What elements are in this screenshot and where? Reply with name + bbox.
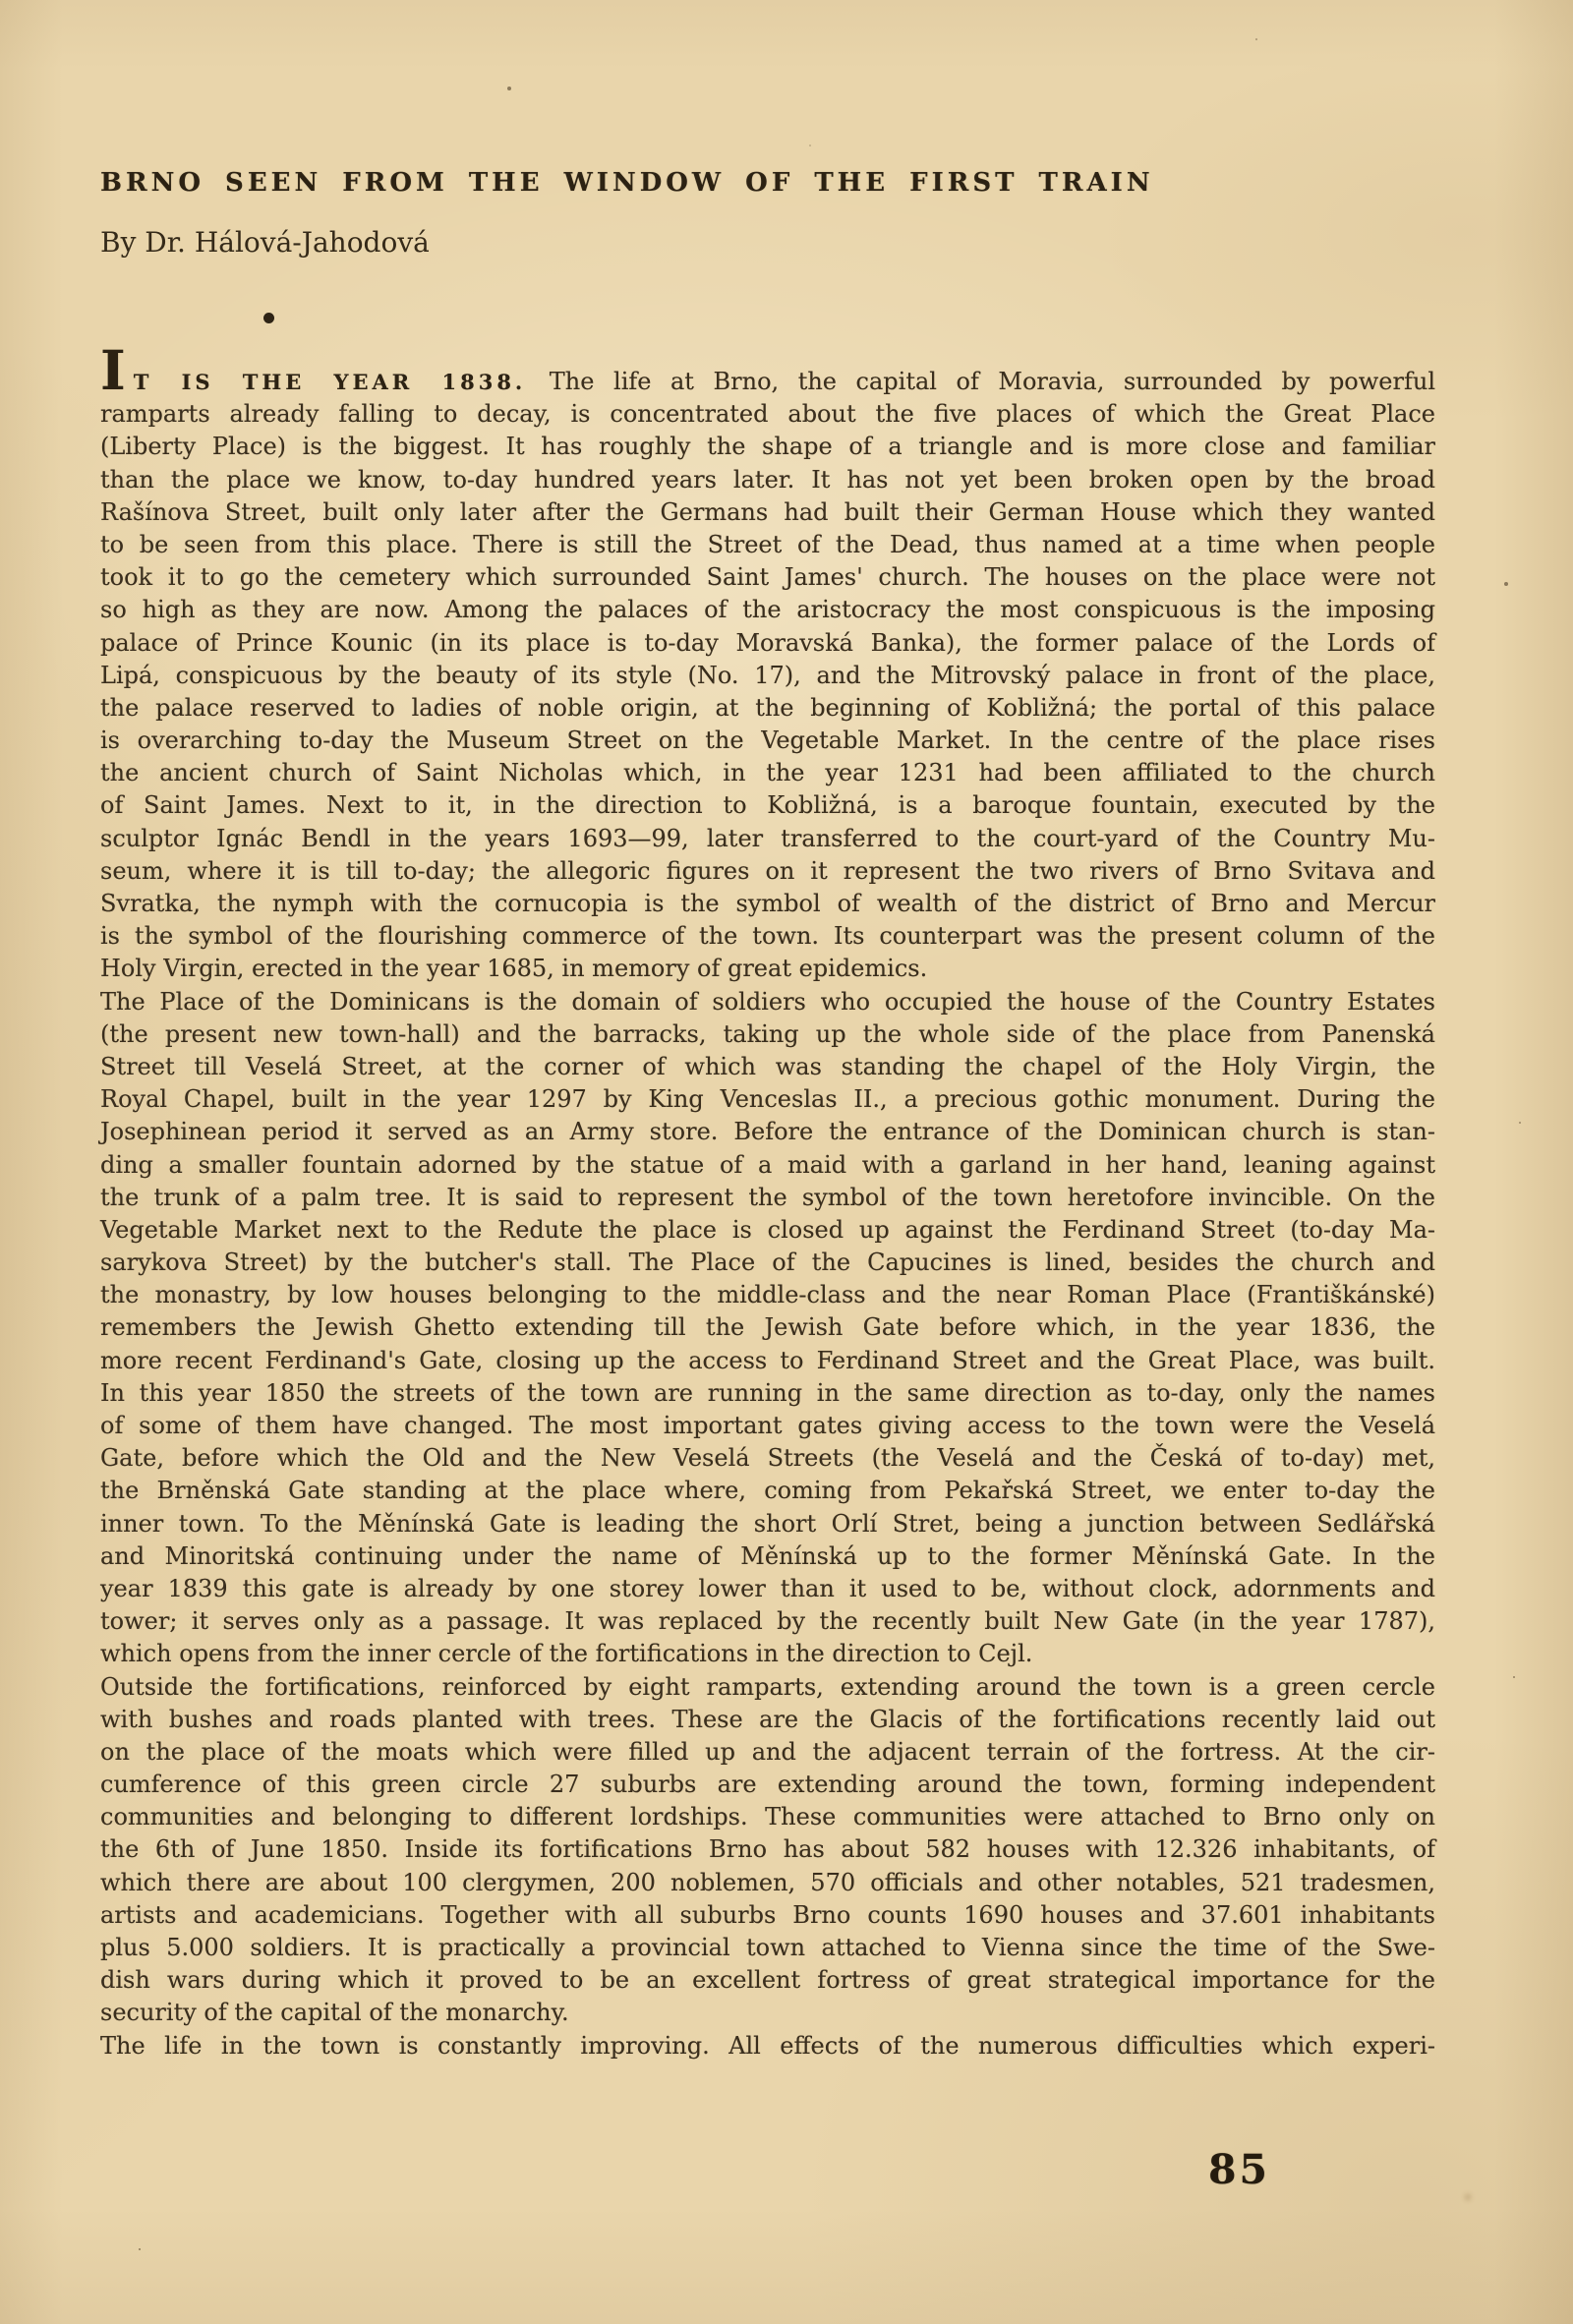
page-number: 85 — [1208, 2146, 1270, 2193]
paragraph: The life in the town is constantly impro… — [100, 2030, 1435, 2063]
text-line: plus 5.000 soldiers. It is practically a… — [100, 1932, 1435, 1964]
text-line: the ancient church of Saint Nicholas whi… — [100, 757, 1435, 789]
text-line: the monastry, by low houses belonging to… — [100, 1279, 1435, 1311]
text-line: took it to go the cemetery which surroun… — [100, 561, 1435, 594]
text-line: of some of them have changed. The most i… — [100, 1410, 1435, 1442]
text-line: which there are about 100 clergymen, 200… — [100, 1867, 1435, 1899]
text-line: security of the capital of the monarchy. — [100, 1997, 1435, 2029]
text-line: and Minoritská continuing under the name… — [100, 1540, 1435, 1573]
text-line: the 6th of June 1850. Inside its fortifi… — [100, 1833, 1435, 1866]
text-line: year 1839 this gate is already by one st… — [100, 1573, 1435, 1605]
text-line: Royal Chapel, built in the year 1297 by … — [100, 1083, 1435, 1116]
text-line: Street till Veselá Street, at the corner… — [100, 1051, 1435, 1083]
byline: By Dr. Hálová-Jahodová — [100, 227, 430, 259]
text-line: ding a smaller fountain adorned by the s… — [100, 1149, 1435, 1182]
paragraph: Outside the fortifications, reinforced b… — [100, 1671, 1435, 2030]
text-line: the Brněnská Gate standing at the place … — [100, 1475, 1435, 1507]
section-divider-dot — [263, 313, 274, 323]
drop-cap-initial: I — [100, 338, 126, 402]
text-line: In this year 1850 the streets of the tow… — [100, 1377, 1435, 1410]
text-line: (the present new town-hall) and the barr… — [100, 1018, 1435, 1051]
text-line: Josephinean period it served as an Army … — [100, 1116, 1435, 1148]
paragraph: The Place of the Dominicans is the domai… — [100, 986, 1435, 1671]
text-line: Svratka, the nymph with the cornucopia i… — [100, 888, 1435, 920]
text-line: palace of Prince Kounic (in its place is… — [100, 627, 1435, 660]
page-title: BRNO SEEN FROM THE WINDOW OF THE FIRST T… — [100, 168, 1154, 198]
text-line: so high as they are now. Among the palac… — [100, 594, 1435, 626]
text-line: tower; it serves only as a passage. It w… — [100, 1605, 1435, 1638]
text-line: Rašínova Street, built only later after … — [100, 496, 1435, 529]
text-line: communities and belonging to different l… — [100, 1801, 1435, 1833]
text-line: remembers the Jewish Ghetto extending ti… — [100, 1311, 1435, 1344]
paragraph: IT IS THE YEAR 1838. The life at Brno, t… — [100, 366, 1435, 986]
text-line: inner town. To the Měnínská Gate is lead… — [100, 1508, 1435, 1540]
text-line: of Saint James. Next to it, in the direc… — [100, 789, 1435, 822]
text-line: which opens from the inner cercle of the… — [100, 1638, 1435, 1670]
text-line: Holy Virgin, erected in the year 1685, i… — [100, 953, 1435, 985]
scan-specks — [507, 87, 511, 90]
text-line: The life in the town is constantly impro… — [100, 2030, 1435, 2063]
text-line: dish wars during which it proved to be a… — [100, 1964, 1435, 1997]
text-line: The Place of the Dominicans is the domai… — [100, 986, 1435, 1018]
text-line: (Liberty Place) is the biggest. It has r… — [100, 431, 1435, 463]
text-line: artists and academicians. Together with … — [100, 1899, 1435, 1932]
text-line: Vegetable Market next to the Redute the … — [100, 1214, 1435, 1247]
text-line: is the symbol of the flourishing commerc… — [100, 920, 1435, 953]
text-line: ramparts already falling to decay, is co… — [100, 398, 1435, 431]
text-line: cumference of this green circle 27 subur… — [100, 1769, 1435, 1801]
text-line: is overarching to-day the Museum Street … — [100, 725, 1435, 757]
text-line: sarykova Street) by the butcher's stall.… — [100, 1247, 1435, 1279]
text-line: with bushes and roads planted with trees… — [100, 1704, 1435, 1736]
text-line: to be seen from this place. There is sti… — [100, 529, 1435, 561]
text-line: IT IS THE YEAR 1838. The life at Brno, t… — [100, 366, 1435, 398]
text-line: sculptor Ignác Bendl in the years 1693—9… — [100, 823, 1435, 855]
text-line: Gate, before which the Old and the New V… — [100, 1442, 1435, 1475]
text-line: Outside the fortifications, reinforced b… — [100, 1671, 1435, 1704]
scanned-book-page: BRNO SEEN FROM THE WINDOW OF THE FIRST T… — [0, 0, 1573, 2324]
lead-in-caps: T IS THE YEAR 1838. — [134, 370, 527, 394]
article-body: IT IS THE YEAR 1838. The life at Brno, t… — [100, 366, 1435, 2063]
text-line: more recent Ferdinand's Gate, closing up… — [100, 1345, 1435, 1377]
text-line: on the place of the moats which were fil… — [100, 1736, 1435, 1769]
text-line: the trunk of a palm tree. It is said to … — [100, 1182, 1435, 1214]
text-line: than the place we know, to-day hundred y… — [100, 464, 1435, 496]
text-line: the palace reserved to ladies of noble o… — [100, 692, 1435, 725]
text-line: seum, where it is till to-day; the alleg… — [100, 855, 1435, 888]
text-line: Lipá, conspicuous by the beauty of its s… — [100, 660, 1435, 692]
